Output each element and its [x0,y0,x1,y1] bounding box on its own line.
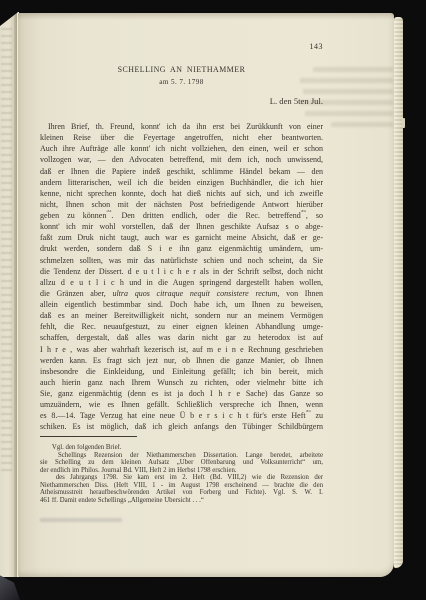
latin-phrase: ultra quos citraque nequit consistere re… [112,289,277,298]
footnote-line: sie Schelling zu dem kleinen Aufsatz „Üb… [40,459,323,467]
footnote-ref-94: 94 [301,210,306,214]
footnote-marker-93: 93 [46,444,50,445]
body-line: insbesondre die Einkleidung, und Einleit… [40,366,323,377]
body-line: schmelzen sollten, was mir das natürlich… [40,255,323,266]
body-line: I h r e , was aber wahrhaft kezerisch is… [40,344,323,355]
body-line: allzu d e u t l i c h und in die Augen s… [40,277,323,288]
letter-dateline: L. den 5ten Jul. [40,96,323,106]
footnote-line: Niethammerschen Diss. (Heft VIII, 1 - im… [40,482,323,490]
footnote-line: 461 ff. Damit endete Schellings „Allgeme… [40,497,323,505]
body-line: nicht, Ihnen schon mit der nächsten Post… [40,199,323,210]
body-line: kenne, nicht sprechen konnte, doch hat d… [40,188,323,199]
body-line: allein eigentlich bestimmbar sind. Doch … [40,299,323,310]
body-line: kleinen Reise über die Feyertage angetro… [40,132,323,143]
footnote-line: 94 Schellings Rezension der Niethammersc… [40,452,323,460]
footnote-ref-95: 95 [306,410,311,414]
book-fore-edge [394,17,403,568]
body-line: auch hierin ganz nach Ihrem Wunsch zu ri… [40,377,323,388]
letter-date-heading: am 5. 7. 1798 [40,78,323,86]
body-line: andern litterarischen, weil ich die beid… [40,177,323,188]
body-line: geben zu können93. Den dritten endlich, … [40,210,323,221]
book-page: 143 SCHELLING AN NIETHAMMER am 5. 7. 179… [18,13,394,577]
footnotes: 93 Vgl. den folgenden Brief. 94 Schellin… [40,444,323,504]
body-line: Auch ihre Aufträge alle konnt' ich nicht… [40,143,323,154]
footnote-marker-95: 95 [46,474,50,475]
footnote-line: 93 Vgl. den folgenden Brief. [40,444,323,452]
footnote-separator-rule [40,436,137,437]
footnote-line: 95 des Jahrgangs 1798. Sie kam erst im 2… [40,474,323,482]
body-line: schiken. Es ist möglich, daß ich gleich … [40,421,323,432]
body-line: daß es an meiner Bereitwilligkeit nicht,… [40,310,323,321]
body-line: konnt' ich mir wohl vorstellen, daß der … [40,221,323,232]
verso-show-through-smudge [40,518,122,522]
letter-body: Ihren Brief, th. Freund, konnt' ich da i… [40,121,323,433]
letter-heading: SCHELLING AN NIETHAMMER [40,65,323,74]
body-line: drukt werden, sondern daß S i e ihn ganz… [40,243,323,254]
body-line: es 8.—14. Tage Verzug hat eine neue Ü b … [40,410,323,421]
body-line: Sie, ganz eigenmächtig (denn es ist ja d… [40,388,323,399]
body-line: fehlt, die Rec. neuaufgestuzt, zu einer … [40,321,323,332]
facing-page-ghost-text [1,28,12,473]
page-number: 143 [40,42,323,51]
body-line: vollzogen war, — den Advocaten betreffen… [40,154,323,165]
footnote-ref-93: 93 [106,210,111,214]
body-line: daß er Ihnen die Papiere indeß geschikt,… [40,166,323,177]
body-line: schaffen, dergestalt, daß alles was dari… [40,332,323,343]
body-line: umzuändern, wie es Ihnen gefällt. Schlie… [40,399,323,410]
footnote-line: Atheismusstreit heraufbeschwörenden Arti… [40,489,323,497]
fore-edge-nick [402,118,405,128]
body-line: werden kann. Es fragt sich jezt nur, ob … [40,355,323,366]
footnote-line: der endlich im Philos. Journal Bd. VIII,… [40,467,323,475]
body-line: Ihren Brief, th. Freund, konnt' ich da i… [40,121,323,132]
body-line: faßt zum Druk nicht taugt, auch war es g… [40,232,323,243]
body-line: die Gränzen aber, ultra quos citraque ne… [40,288,323,299]
body-line: die Tendenz der Dissert. d e u t l i c h… [40,266,323,277]
scanned-book-page: 143 SCHELLING AN NIETHAMMER am 5. 7. 179… [0,0,426,600]
